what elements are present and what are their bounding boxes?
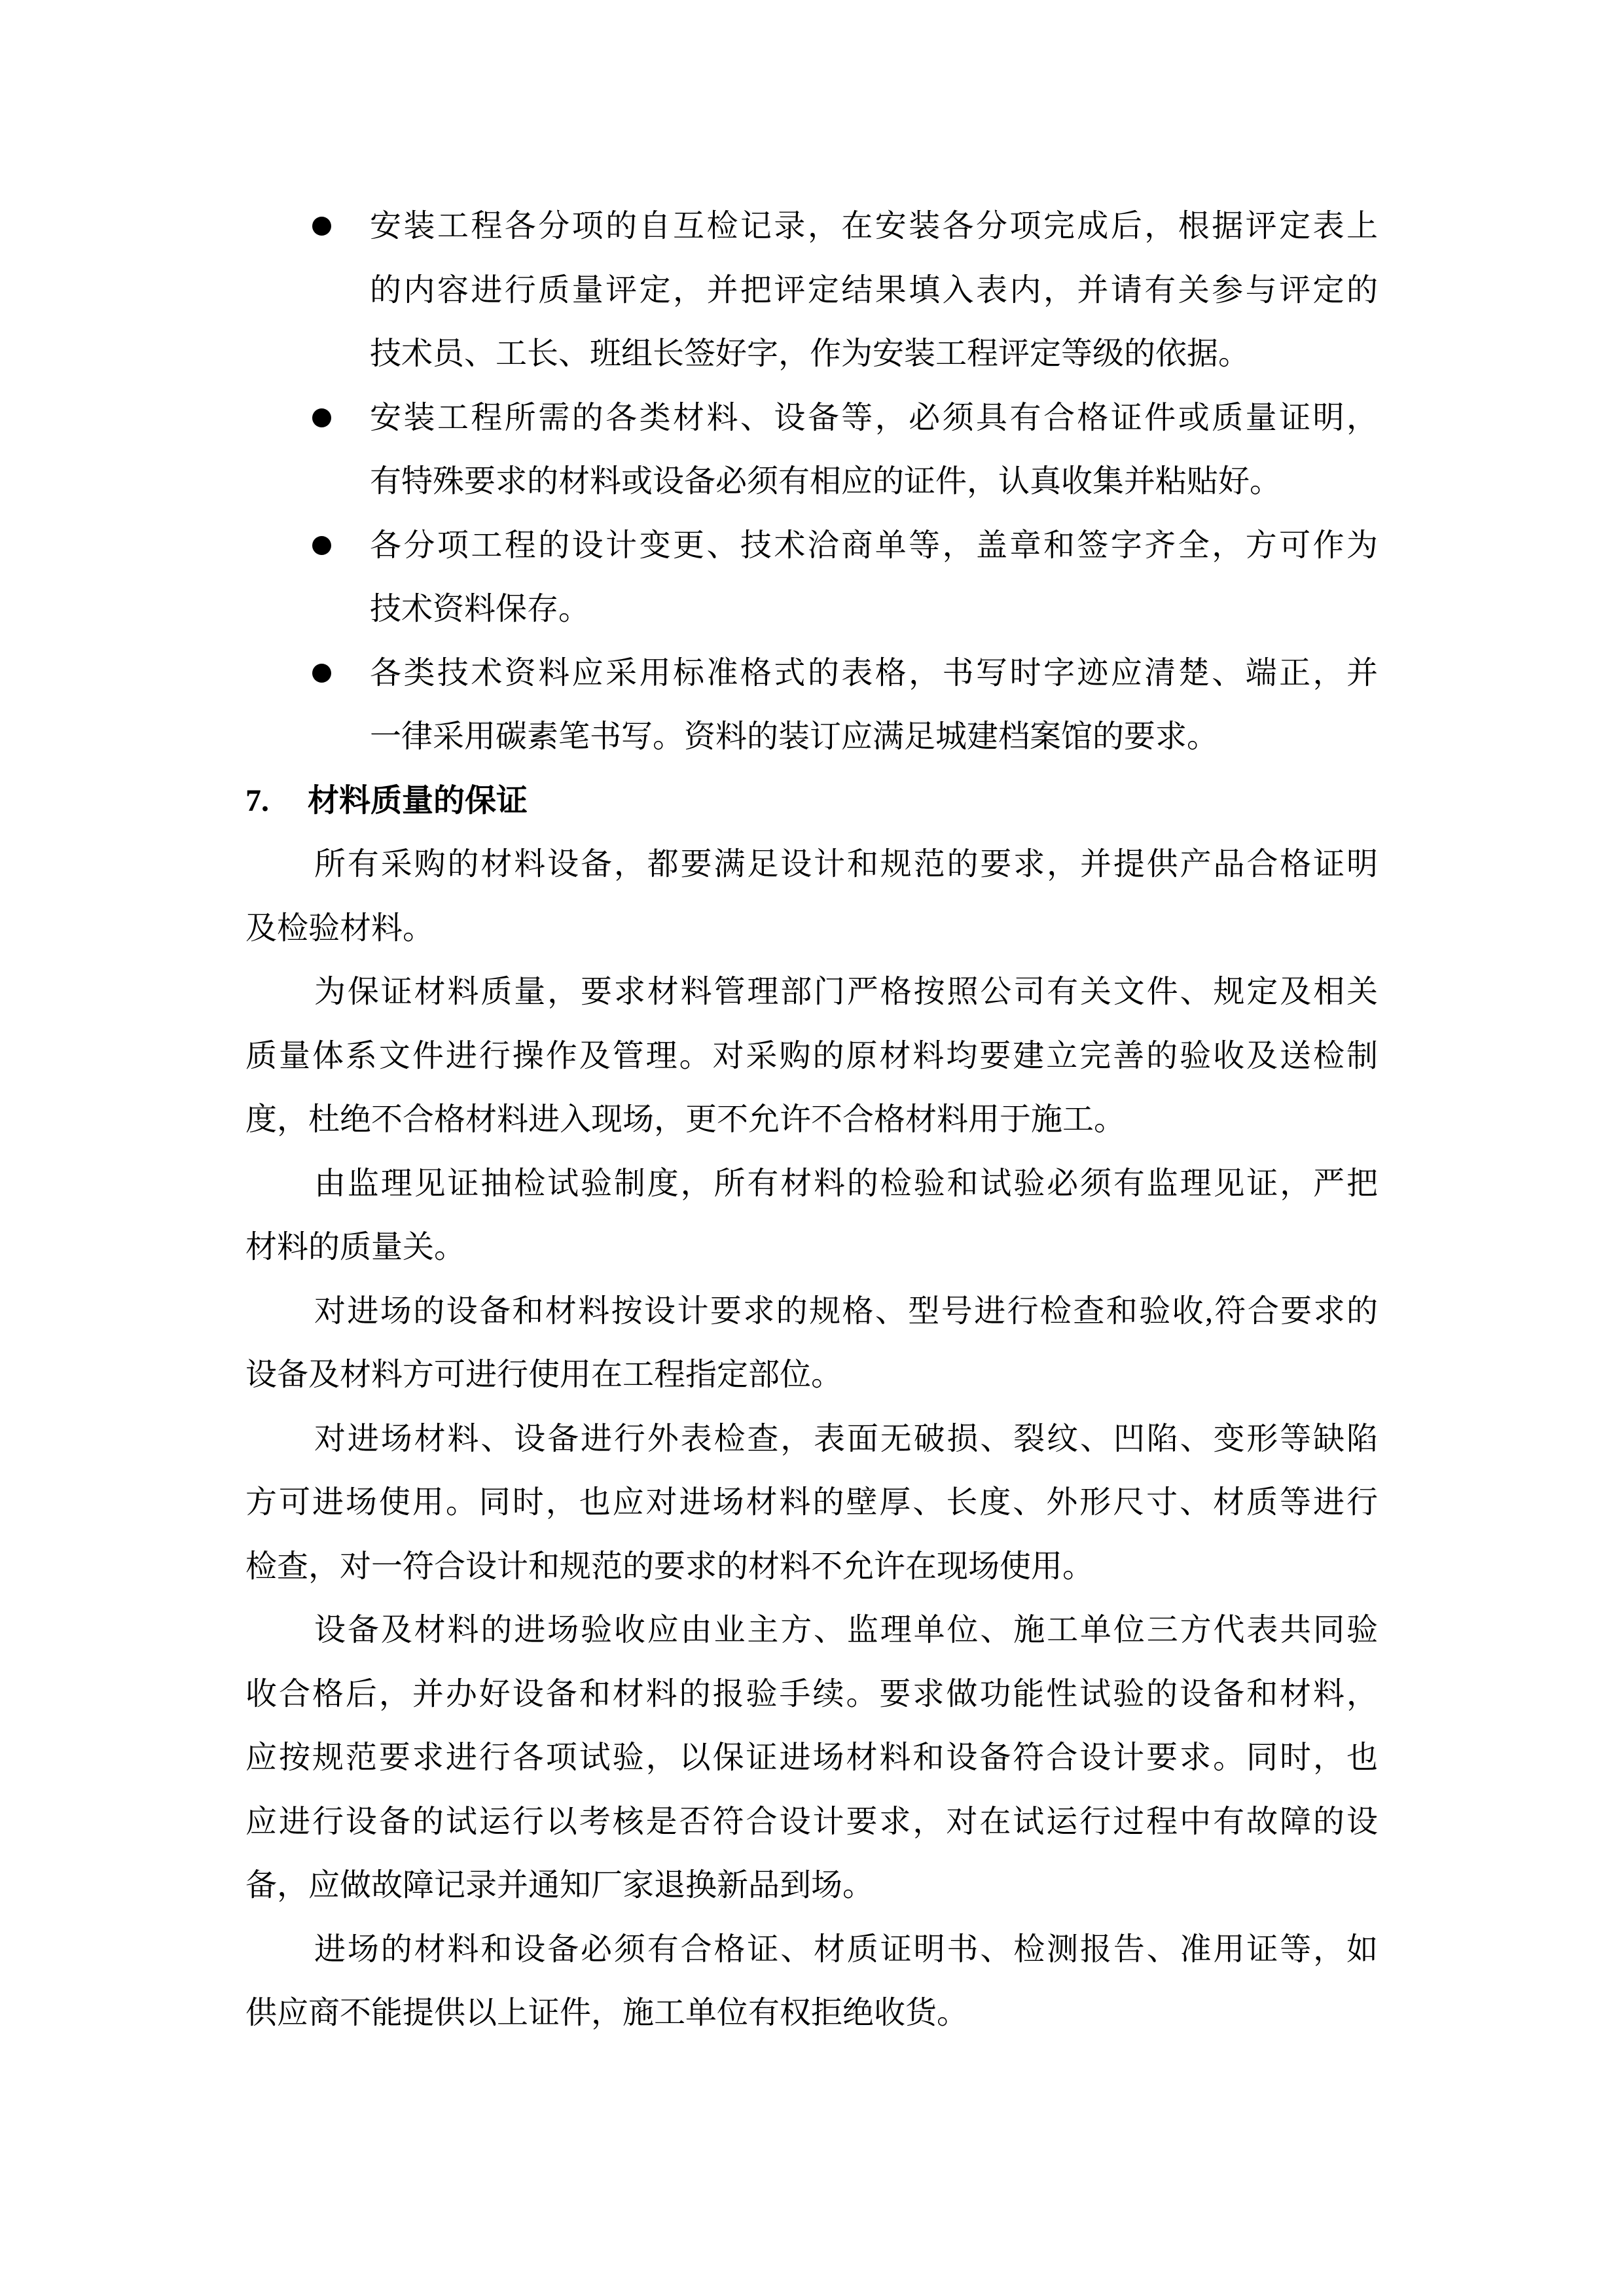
text-line: 对进场的设备和材料按设计要求的规格、型号进行检查和验收,符合要求的 (245, 1280, 1378, 1344)
bullet-icon (312, 217, 331, 236)
text-line: 安装工程所需的各类材料、设备等，必须具有合格证件或质量证明， (370, 386, 1378, 450)
text-line: 应按规范要求进行各项试验，以保证进场材料和设备符合设计要求。同时，也 (245, 1726, 1378, 1790)
text-line: 设备及材料的进场验收应由业主方、监理单位、施工单位三方代表共同验 (245, 1598, 1378, 1662)
bullet-list: 安装工程各分项的自互检记录，在安装各分项完成后，根据评定表上的内容进行质量评定，… (245, 194, 1378, 769)
text-line: 有特殊要求的材料或设备必须有相应的证件，认真收集并粘贴好。 (370, 450, 1378, 514)
section-heading: 7.材料质量的保证 (245, 769, 1378, 833)
paragraph: 由监理见证抽检试验制度，所有材料的检验和试验必须有监理见证，严把材料的质量关。 (245, 1152, 1378, 1280)
text-line: 一律采用碳素笔书写。资料的装订应满足城建档案馆的要求。 (370, 705, 1378, 769)
text-line: 度，杜绝不合格材料进入现场，更不允许不合格材料用于施工。 (245, 1088, 1378, 1152)
bullet-item: 安装工程所需的各类材料、设备等，必须具有合格证件或质量证明，有特殊要求的材料或设… (245, 386, 1378, 514)
text-line: 质量体系文件进行操作及管理。对采购的原材料均要建立完善的验收及送检制 (245, 1024, 1378, 1088)
text-line: 材料的质量关。 (245, 1215, 1378, 1280)
text-line: 方可进场使用。同时，也应对进场材料的壁厚、长度、外形尺寸、材质等进行 (245, 1471, 1378, 1535)
text-line: 技术资料保存。 (370, 577, 1378, 641)
text-line: 备，应做故障记录并通知厂家退换新品到场。 (245, 1854, 1378, 1918)
paragraph: 对进场的设备和材料按设计要求的规格、型号进行检查和验收,符合要求的设备及材料方可… (245, 1280, 1378, 1407)
paragraph: 所有采购的材料设备，都要满足设计和规范的要求，并提供产品合格证明及检验材料。 (245, 833, 1378, 960)
text-line: 各类技术资料应采用标准格式的表格，书写时字迹应清楚、端正，并 (370, 641, 1378, 706)
bullet-icon (312, 664, 331, 683)
text-line: 的内容进行质量评定，并把评定结果填入表内，并请有关参与评定的 (370, 259, 1378, 323)
bullet-item: 各分项工程的设计变更、技术洽商单等，盖章和签字齐全，方可作为技术资料保存。 (245, 514, 1378, 641)
bullet-item: 安装工程各分项的自互检记录，在安装各分项完成后，根据评定表上的内容进行质量评定，… (245, 194, 1378, 386)
text-line: 及检验材料。 (245, 897, 1378, 961)
bullet-icon (312, 408, 331, 427)
paragraph: 进场的材料和设备必须有合格证、材质证明书、检测报告、准用证等，如供应商不能提供以… (245, 1918, 1378, 2045)
text-line: 由监理见证抽检试验制度，所有材料的检验和试验必须有监理见证，严把 (245, 1152, 1378, 1216)
bullet-icon (312, 536, 331, 555)
text-line: 安装工程各分项的自互检记录，在安装各分项完成后，根据评定表上 (370, 194, 1378, 259)
text-line: 对进场材料、设备进行外表检查，表面无破损、裂纹、凹陷、变形等缺陷 (245, 1407, 1378, 1471)
paragraph: 设备及材料的进场验收应由业主方、监理单位、施工单位三方代表共同验收合格后，并办好… (245, 1598, 1378, 1918)
text-line: 供应商不能提供以上证件，施工单位有权拒绝收货。 (245, 1981, 1378, 2045)
paragraph: 对进场材料、设备进行外表检查，表面无破损、裂纹、凹陷、变形等缺陷方可进场使用。同… (245, 1407, 1378, 1599)
bullet-item: 各类技术资料应采用标准格式的表格，书写时字迹应清楚、端正，并一律采用碳素笔书写。… (245, 641, 1378, 769)
paragraph-list: 所有采购的材料设备，都要满足设计和规范的要求，并提供产品合格证明及检验材料。为保… (245, 833, 1378, 2045)
text-line: 为保证材料质量，要求材料管理部门严格按照公司有关文件、规定及相关 (245, 960, 1378, 1024)
paragraph: 为保证材料质量，要求材料管理部门严格按照公司有关文件、规定及相关质量体系文件进行… (245, 960, 1378, 1152)
text-line: 应进行设备的试运行以考核是否符合设计要求，对在试运行过程中有故障的设 (245, 1790, 1378, 1854)
text-line: 进场的材料和设备必须有合格证、材质证明书、检测报告、准用证等，如 (245, 1918, 1378, 1982)
section-title: 材料质量的保证 (308, 783, 528, 818)
text-line: 设备及材料方可进行使用在工程指定部位。 (245, 1343, 1378, 1407)
text-line: 收合格后，并办好设备和材料的报验手续。要求做功能性试验的设备和材料， (245, 1662, 1378, 1727)
text-line: 检查，对一符合设计和规范的要求的材料不允许在现场使用。 (245, 1535, 1378, 1599)
document-page: 安装工程各分项的自互检记录，在安装各分项完成后，根据评定表上的内容进行质量评定，… (245, 194, 1378, 2045)
text-line: 各分项工程的设计变更、技术洽商单等，盖章和签字齐全，方可作为 (370, 514, 1378, 578)
text-line: 所有采购的材料设备，都要满足设计和规范的要求，并提供产品合格证明 (245, 833, 1378, 897)
section-number: 7. (245, 769, 308, 833)
text-line: 技术员、工长、班组长签好字，作为安装工程评定等级的依据。 (370, 322, 1378, 386)
